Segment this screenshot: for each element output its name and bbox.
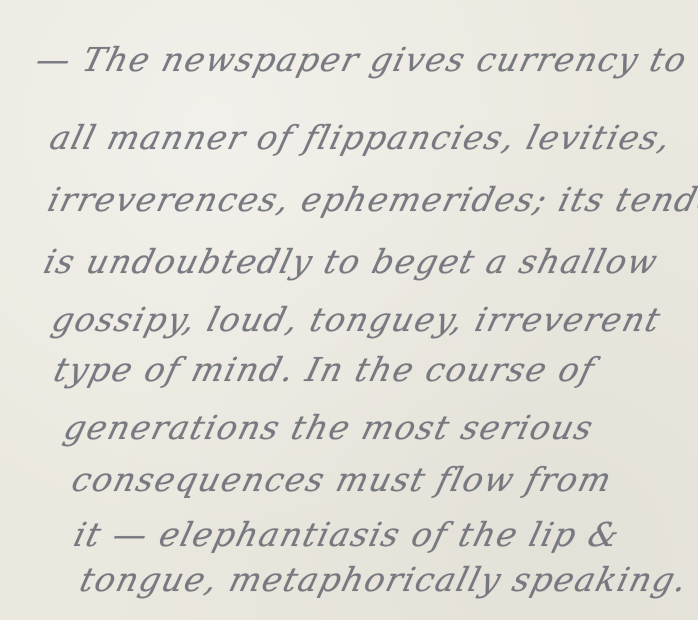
manuscript-line-8: consequences must flow from: [68, 460, 617, 499]
manuscript-line-6: type of mind. In the course of: [50, 350, 599, 389]
manuscript-line-2: all manner of flippancies, levities,: [46, 118, 676, 157]
manuscript-line-5: gossipy, loud, tonguey, irreverent: [48, 300, 665, 339]
manuscript-line-9: it — elephantiasis of the lip &: [70, 515, 625, 554]
manuscript-page: — The newspaper gives currency to all ma…: [0, 0, 698, 620]
manuscript-line-7: generations the most serious: [60, 408, 598, 447]
manuscript-line-1: — The newspaper gives currency to: [32, 40, 692, 79]
manuscript-line-4: is undoubtedly to beget a shallow: [40, 242, 663, 281]
manuscript-line-10: tongue, metaphorically speaking.: [76, 560, 692, 599]
manuscript-line-3: irreverences, ephemerides; its tendency: [44, 180, 698, 219]
